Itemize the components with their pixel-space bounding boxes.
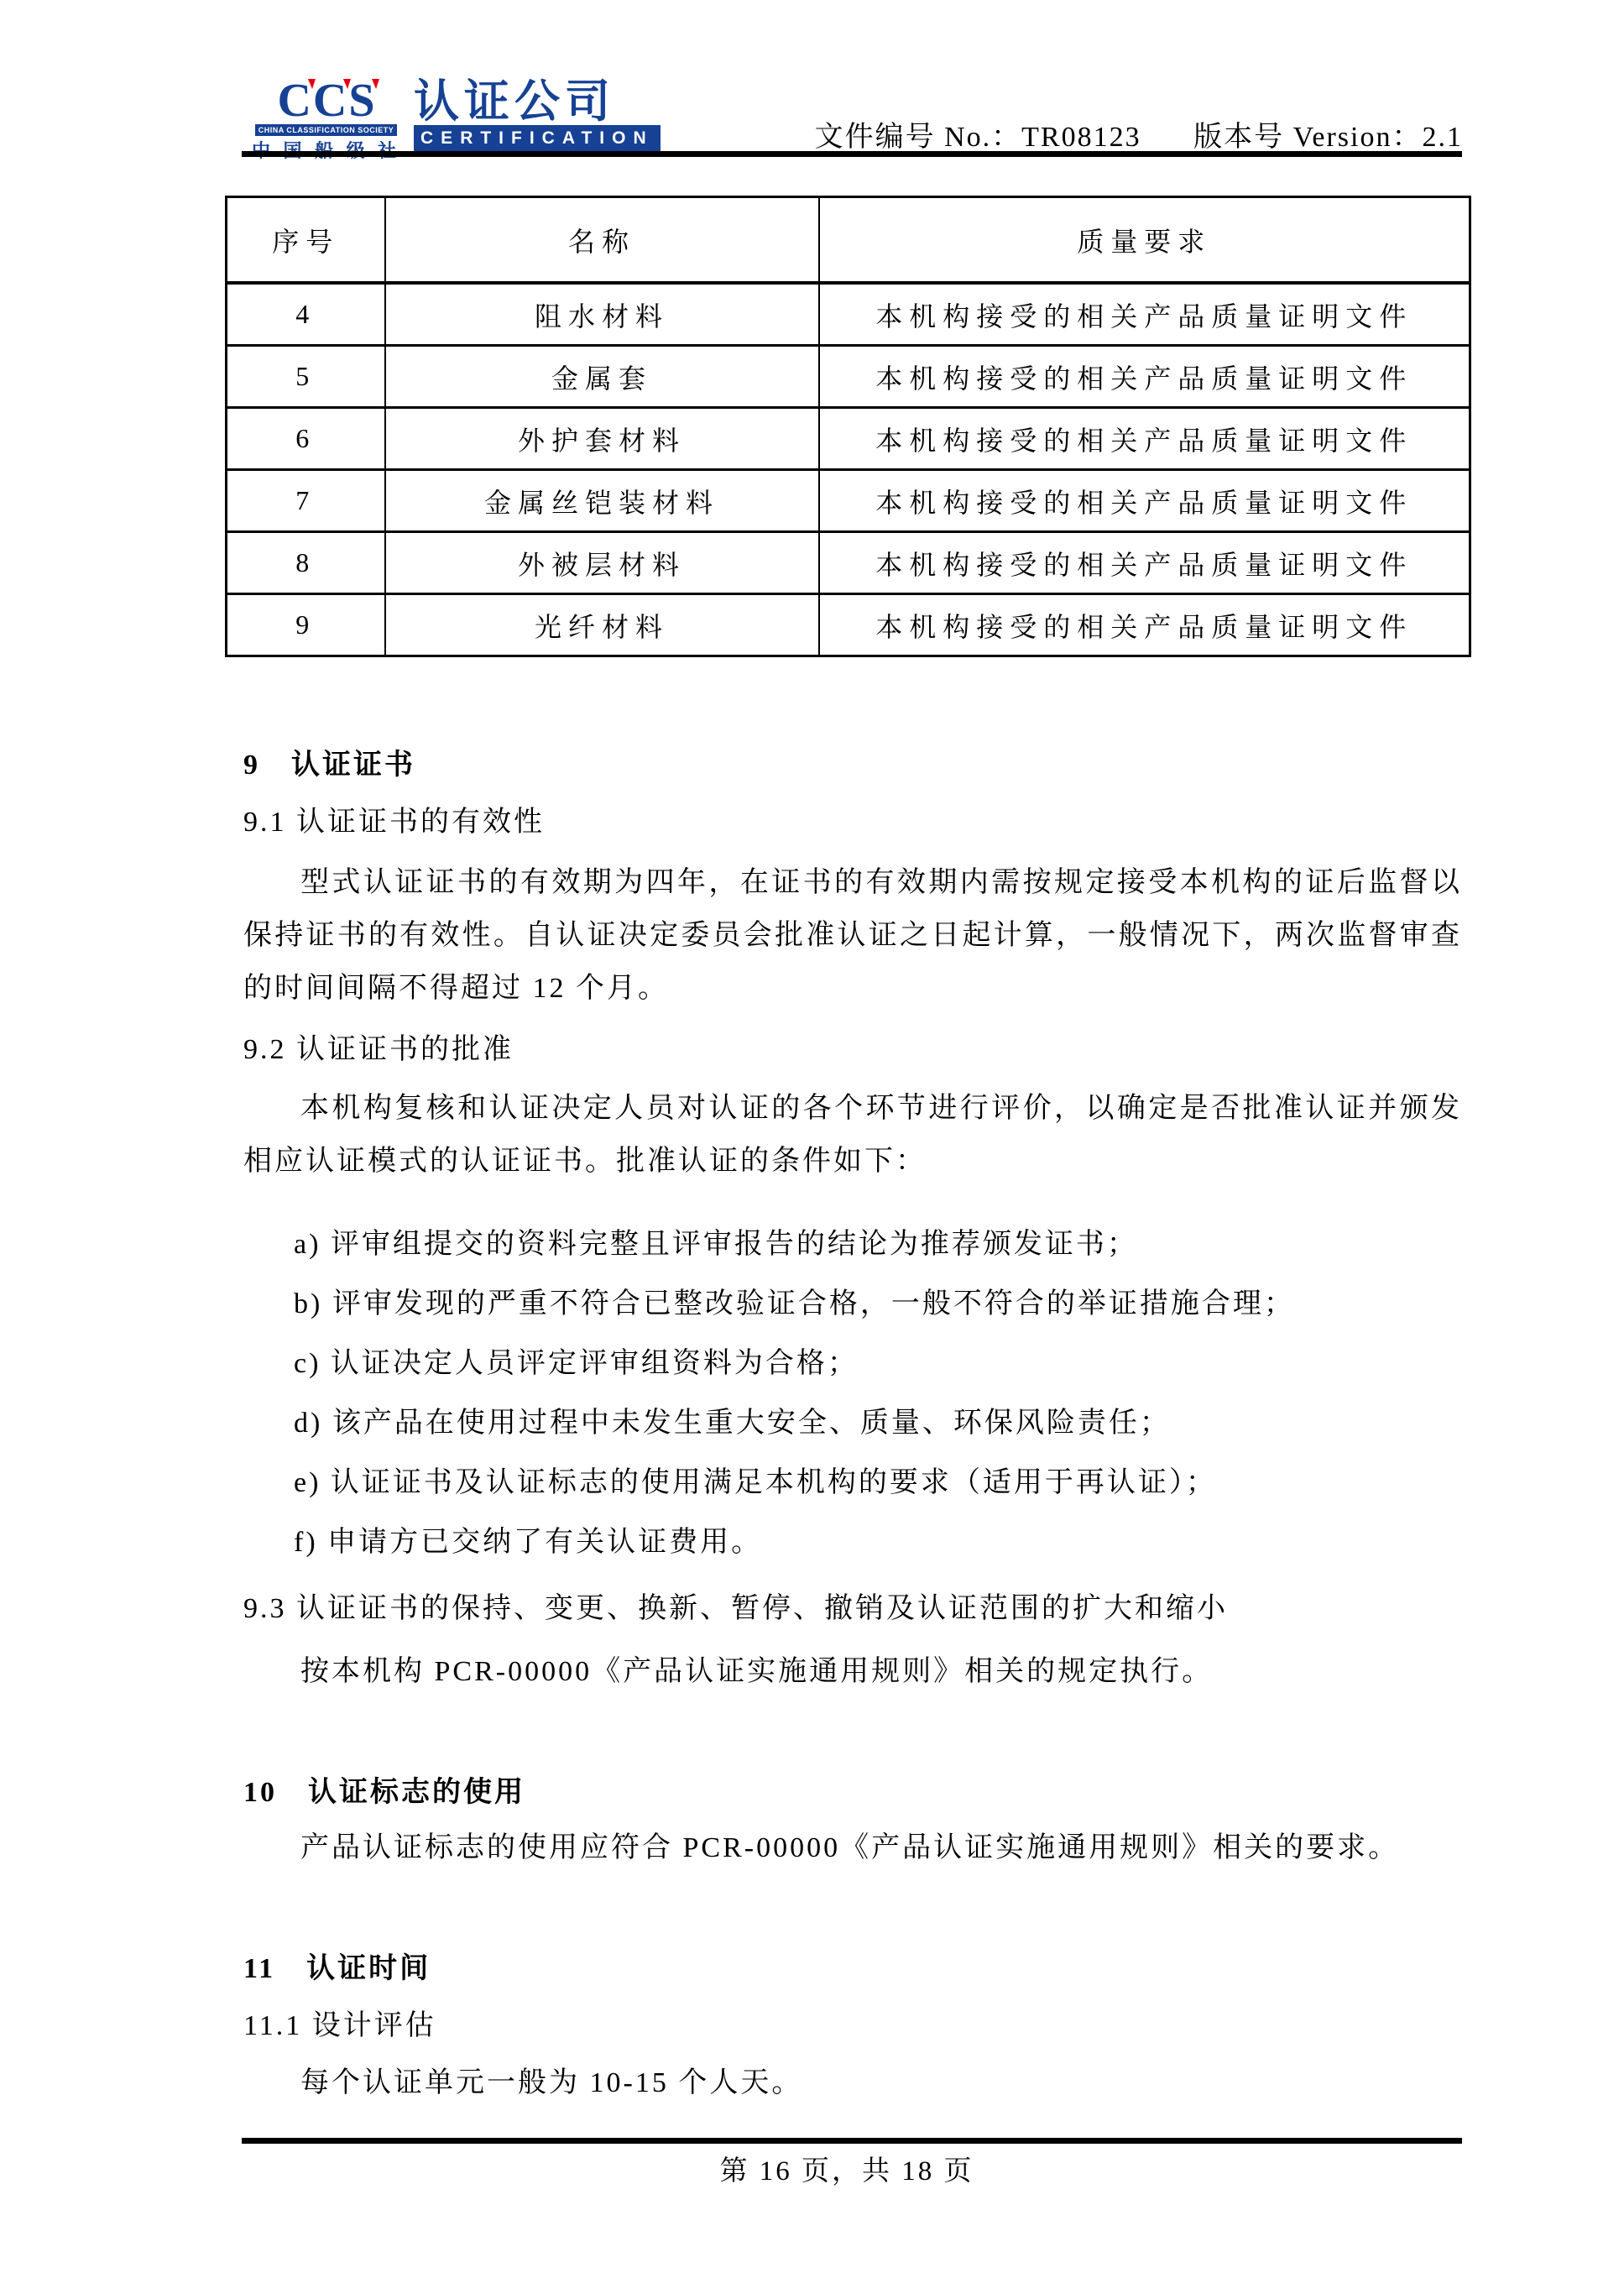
ccs-letter-icon: C: [276, 82, 311, 119]
section-11-1-heading: 11.1 设计评估: [243, 2008, 1462, 2045]
material-name: 外被层材料: [385, 532, 819, 594]
section-10-paragraph: 产品认证标志的使用应符合 PCR-00000《产品认证实施通用规则》相关的要求。: [243, 1830, 1462, 1867]
approval-condition-item: f) 申请方已交纳了有关认证费用。: [294, 1513, 1462, 1572]
row-no: 6: [227, 408, 385, 470]
approval-conditions-list: a) 评审组提交的资料完整且评审报告的结论为推荐颁发证书； b) 评审发现的严重…: [294, 1215, 1462, 1572]
approval-condition-item: e) 认证证书及认证标志的使用满足本机构的要求（适用于再认证）；: [294, 1453, 1462, 1513]
section-9-2-heading: 9.2 认证证书的批准: [243, 1032, 1462, 1068]
row-no: 5: [227, 346, 385, 408]
table-row: 9 光纤材料 本机构接受的相关产品质量证明文件: [227, 594, 1470, 656]
table-header-row: 序号 名称 质量要求: [227, 197, 1470, 284]
row-no: 8: [227, 532, 385, 594]
approval-condition-item: d) 该产品在使用过程中未发生重大安全、质量、环保风险责任；: [294, 1393, 1462, 1453]
quality-requirement: 本机构接受的相关产品质量证明文件: [819, 532, 1470, 594]
row-no: 9: [227, 594, 385, 656]
section-11-heading: 11 认证时间: [243, 1951, 1462, 1988]
quality-requirement: 本机构接受的相关产品质量证明文件: [819, 408, 1470, 470]
row-no: 4: [227, 283, 385, 346]
header-divider: [242, 151, 1462, 157]
footer-divider: [242, 2138, 1462, 2144]
society-name-cn: 中 国 船 级 社: [252, 137, 400, 163]
page-number: 第 16 页，共 18 页: [225, 2149, 1469, 2188]
approval-condition-item: a) 评审组提交的资料完整且评审报告的结论为推荐颁发证书；: [294, 1215, 1462, 1274]
document-page: C C S CHINA CLASSIFICATION SOCIETY 中 国 船…: [0, 0, 1624, 2278]
table-row: 5 金属套 本机构接受的相关产品质量证明文件: [227, 346, 1470, 408]
material-name: 外护套材料: [385, 408, 819, 470]
col-header-requirement: 质量要求: [819, 197, 1470, 284]
section-10-heading: 10 认证标志的使用: [243, 1774, 1462, 1811]
section-9-3-heading: 9.3 认证证书的保持、变更、换新、暂停、撤销及认证范围的扩大和缩小: [243, 1582, 1462, 1635]
table-row: 7 金属丝铠装材料 本机构接受的相关产品质量证明文件: [227, 470, 1470, 532]
material-name: 光纤材料: [385, 594, 819, 656]
ccs-letter-icon: S: [347, 82, 375, 119]
doc-number: 文件编号 No.：TR08123: [815, 122, 1141, 153]
col-header-no: 序号: [227, 197, 385, 284]
quality-requirement: 本机构接受的相关产品质量证明文件: [819, 346, 1470, 408]
ccs-wordmark: C C S: [276, 82, 375, 119]
section-9-1-paragraph: 型式认证证书的有效期为四年，在证书的有效期内需按规定接受本机构的证后监督以保持证…: [243, 856, 1462, 1015]
section-11-1-paragraph: 每个认证单元一般为 10-15 个人天。: [243, 2065, 1462, 2102]
approval-condition-item: b) 评审发现的严重不符合已整改验证合格，一般不符合的举证措施合理；: [294, 1274, 1462, 1334]
quality-table: 序号 名称 质量要求 4 阻水材料 本机构接受的相关产品质量证明文件 5 金属套…: [225, 196, 1471, 657]
certification-banner: CERTIFICATION: [414, 125, 661, 152]
section-9-2-paragraph: 本机构复核和认证决定人员对认证的各个环节进行评价，以确定是否批准认证并颁发相应认…: [243, 1082, 1462, 1188]
table-row: 8 外被层材料 本机构接受的相关产品质量证明文件: [227, 532, 1470, 594]
document-body: 9 认证证书 9.1 认证证书的有效性 型式认证证书的有效期为四年，在证书的有效…: [243, 747, 1462, 2102]
company-name-cn: 认证公司: [414, 82, 661, 121]
approval-condition-item: c) 认证决定人员评定评审组资料为合格；: [294, 1334, 1462, 1393]
row-no: 7: [227, 470, 385, 532]
version-number: 版本号 Version：2.1: [1193, 122, 1463, 153]
quality-requirement: 本机构接受的相关产品质量证明文件: [819, 283, 1470, 346]
ccs-logo-right: 认证公司 CERTIFICATION: [414, 82, 661, 152]
material-name: 金属套: [385, 346, 819, 408]
table-row: 6 外护套材料 本机构接受的相关产品质量证明文件: [227, 408, 1470, 470]
material-name: 阻水材料: [385, 283, 819, 346]
ccs-letter-icon: C: [312, 82, 347, 119]
section-9-heading: 9 认证证书: [243, 747, 1462, 784]
col-header-name: 名称: [385, 197, 819, 284]
quality-requirement: 本机构接受的相关产品质量证明文件: [819, 594, 1470, 656]
material-name: 金属丝铠装材料: [385, 470, 819, 532]
table-row: 4 阻水材料 本机构接受的相关产品质量证明文件: [227, 283, 1470, 346]
section-9-3-paragraph: 按本机构 PCR-00000《产品认证实施通用规则》相关的规定执行。: [243, 1654, 1462, 1690]
quality-requirement: 本机构接受的相关产品质量证明文件: [819, 470, 1470, 532]
section-9-1-heading: 9.1 认证证书的有效性: [243, 804, 1462, 841]
